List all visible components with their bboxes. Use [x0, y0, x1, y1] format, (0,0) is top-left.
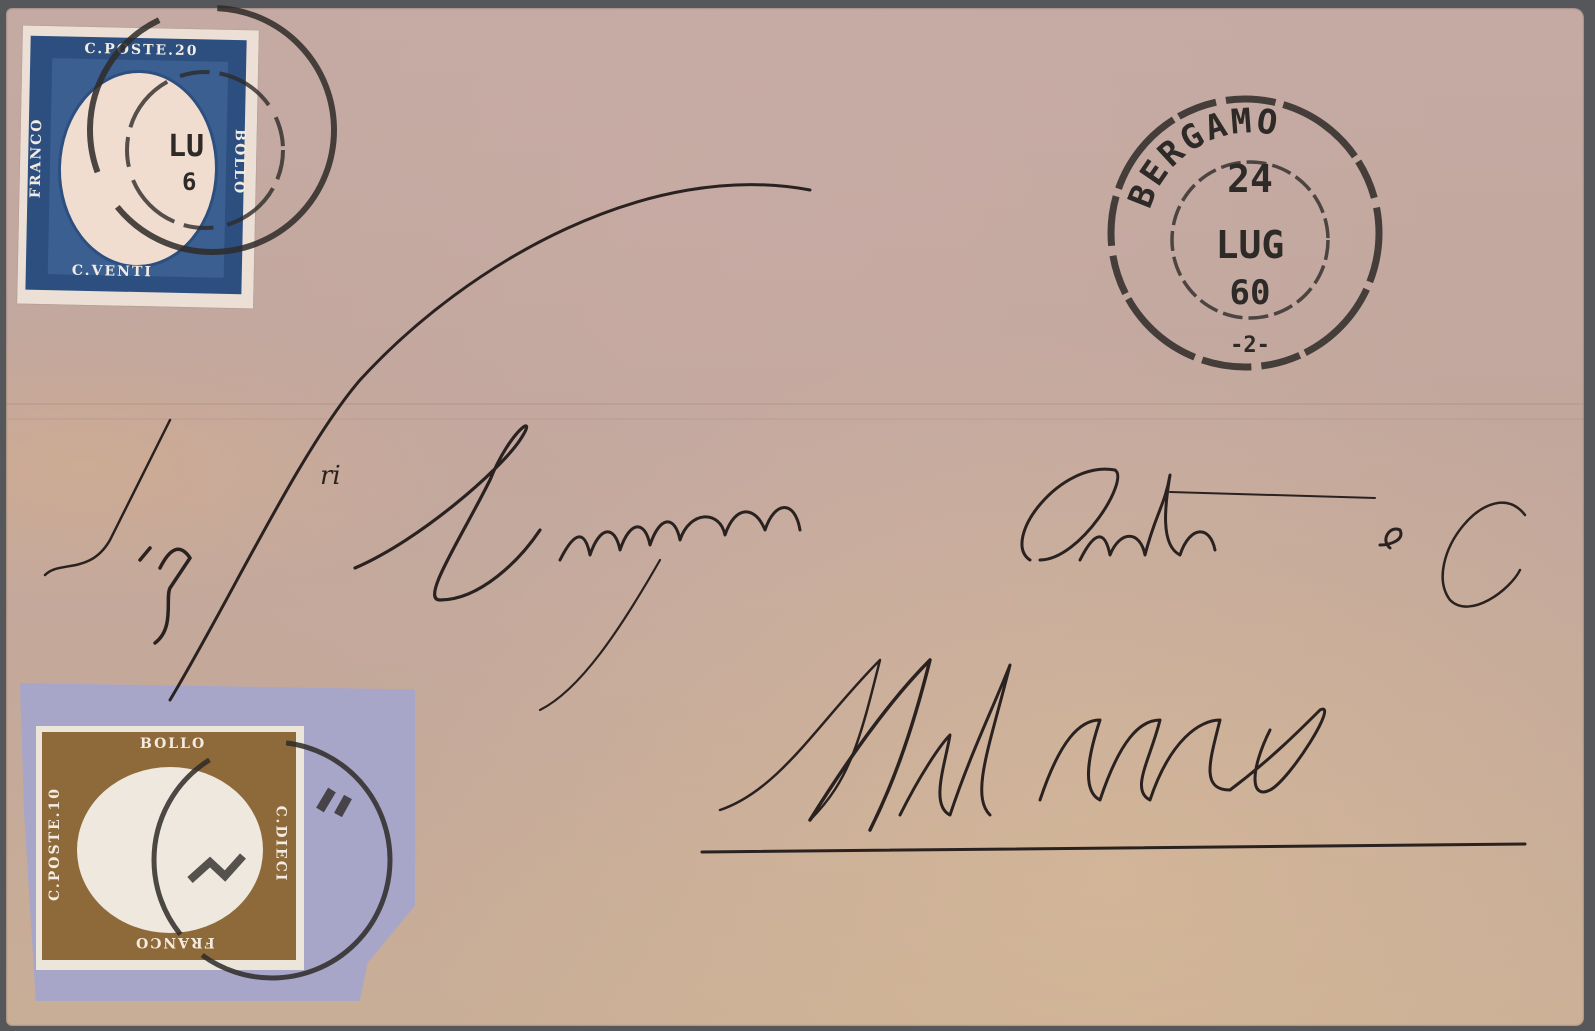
cancel-postmark-top: LU 6: [90, 8, 334, 252]
bergamo-postmark: BERGAMO 24 LUG 60 -2-: [1111, 99, 1379, 367]
address-superscript: ri: [320, 461, 341, 491]
svg-text:24: 24: [1227, 157, 1273, 201]
svg-text:LU: LU: [168, 129, 204, 164]
svg-text:60: 60: [1230, 273, 1271, 313]
handwritten-address: ri: [45, 185, 1525, 852]
cancel-postmark-bottom: [154, 742, 390, 978]
svg-text:6: 6: [182, 168, 196, 196]
svg-text:LUG: LUG: [1216, 223, 1285, 267]
ink-overlay: LU 6 BERGAMO 24 LUG 60 -2- ri: [0, 0, 1595, 1031]
svg-text:-2-: -2-: [1230, 333, 1270, 358]
